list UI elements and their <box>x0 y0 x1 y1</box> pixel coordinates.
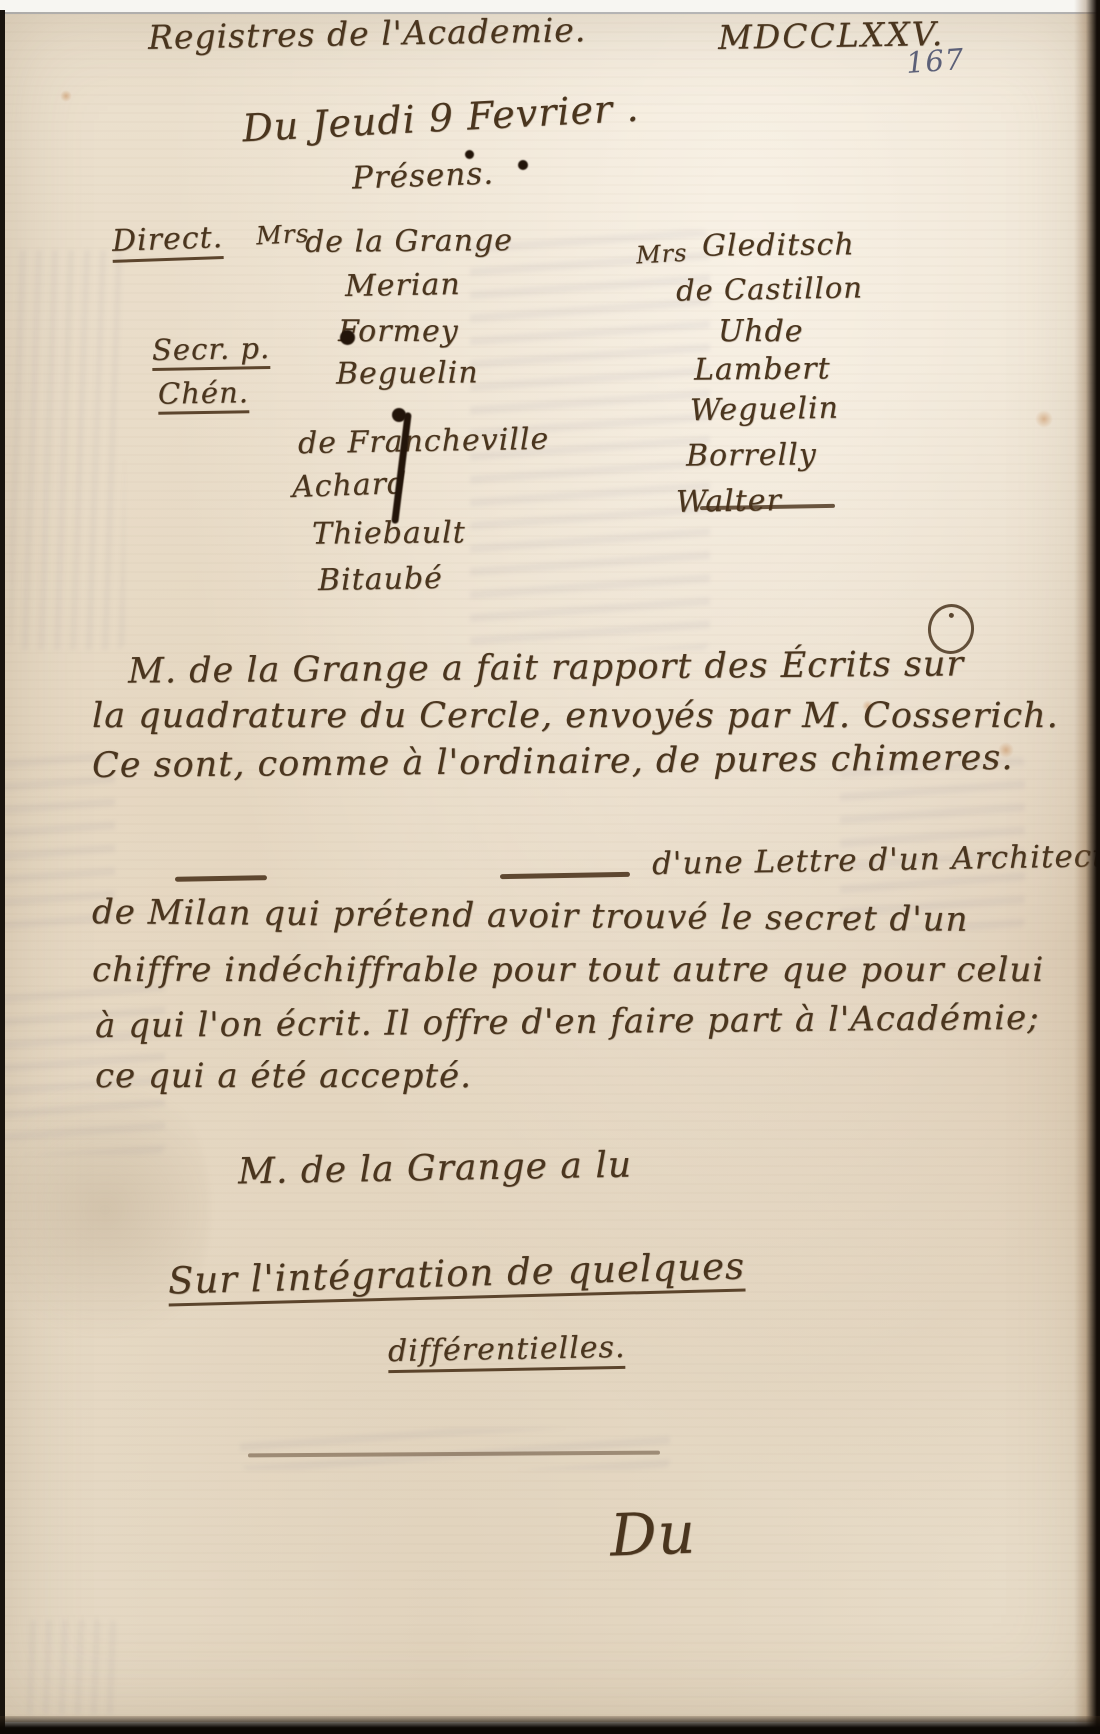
scan-left-edge <box>0 10 5 1734</box>
attendee-name: Thiebault <box>312 515 466 551</box>
attendee-name: Weguelin <box>690 391 840 429</box>
messieurs-abbrev-right: Mrs <box>635 239 688 270</box>
ink-blot <box>392 408 406 422</box>
show-through-ghost <box>240 1428 670 1470</box>
attendee-name: Formey <box>338 314 459 349</box>
lecture-title-line2: différentielles. <box>388 1330 626 1369</box>
manuscript-page: Registres de l'Academie. MDCCLXXV. 167 D… <box>0 0 1100 1734</box>
damp-stain <box>0 1060 210 1360</box>
attendee-name: Walter <box>676 483 782 520</box>
attendee-name: Gleditsch <box>702 227 855 263</box>
attendee-name: Achard <box>291 466 407 505</box>
show-through-ghost <box>10 250 125 650</box>
attendee-name: de Francheville <box>298 422 550 461</box>
attendee-name: Lambert <box>694 351 831 387</box>
letter-line: de Milan qui prétend avoir trouvé le sec… <box>92 892 969 940</box>
margin-label-secretary: Secr. p. <box>152 331 271 367</box>
scan-right-edge <box>1074 0 1100 1734</box>
attendee-name: Merian <box>345 267 461 304</box>
attendee-name: Bitaubé <box>318 561 443 598</box>
messieurs-abbrev-left: Mrs <box>255 219 310 251</box>
ink-blot <box>518 160 528 170</box>
letter-line: à qui l'on écrit. Il offre d'en faire pa… <box>95 998 1040 1046</box>
closing-word: Du <box>609 1499 697 1570</box>
foxing-spot <box>60 90 72 102</box>
show-through-ghost <box>20 1620 120 1715</box>
ink-blot <box>340 330 355 345</box>
letter-line: chiffre indéchiffrable pour tout autre q… <box>92 950 1044 990</box>
report-line: Ce sont, comme à l'ordinaire, de pures c… <box>92 738 1014 786</box>
scan-bottom-edge <box>0 1716 1100 1734</box>
report-line: M. de la Grange a fait rapport des Écrit… <box>128 644 964 691</box>
attendee-name: Beguelin <box>336 355 479 391</box>
ink-blot <box>465 150 474 159</box>
attendee-name: Uhde <box>718 314 804 349</box>
header-title: Registres de l'Academie. <box>148 10 587 57</box>
margin-label-director: Direct. <box>111 220 223 259</box>
margin-label-third: Chén. <box>158 375 250 411</box>
report-line: la quadrature du Cercle, envoyés par M. … <box>92 696 1059 736</box>
attendee-name: de Castillon <box>676 270 863 307</box>
presens-label: Présens. <box>351 156 494 197</box>
attendee-name: Borrelly <box>686 437 817 473</box>
attendee-name: de la Grange <box>305 223 513 260</box>
page-number: 167 <box>905 42 966 80</box>
lecture-line: M. de la Grange a lu <box>238 1145 633 1193</box>
foxing-spot <box>1035 410 1053 428</box>
letter-line: ce qui a été accepté. <box>95 1056 472 1096</box>
